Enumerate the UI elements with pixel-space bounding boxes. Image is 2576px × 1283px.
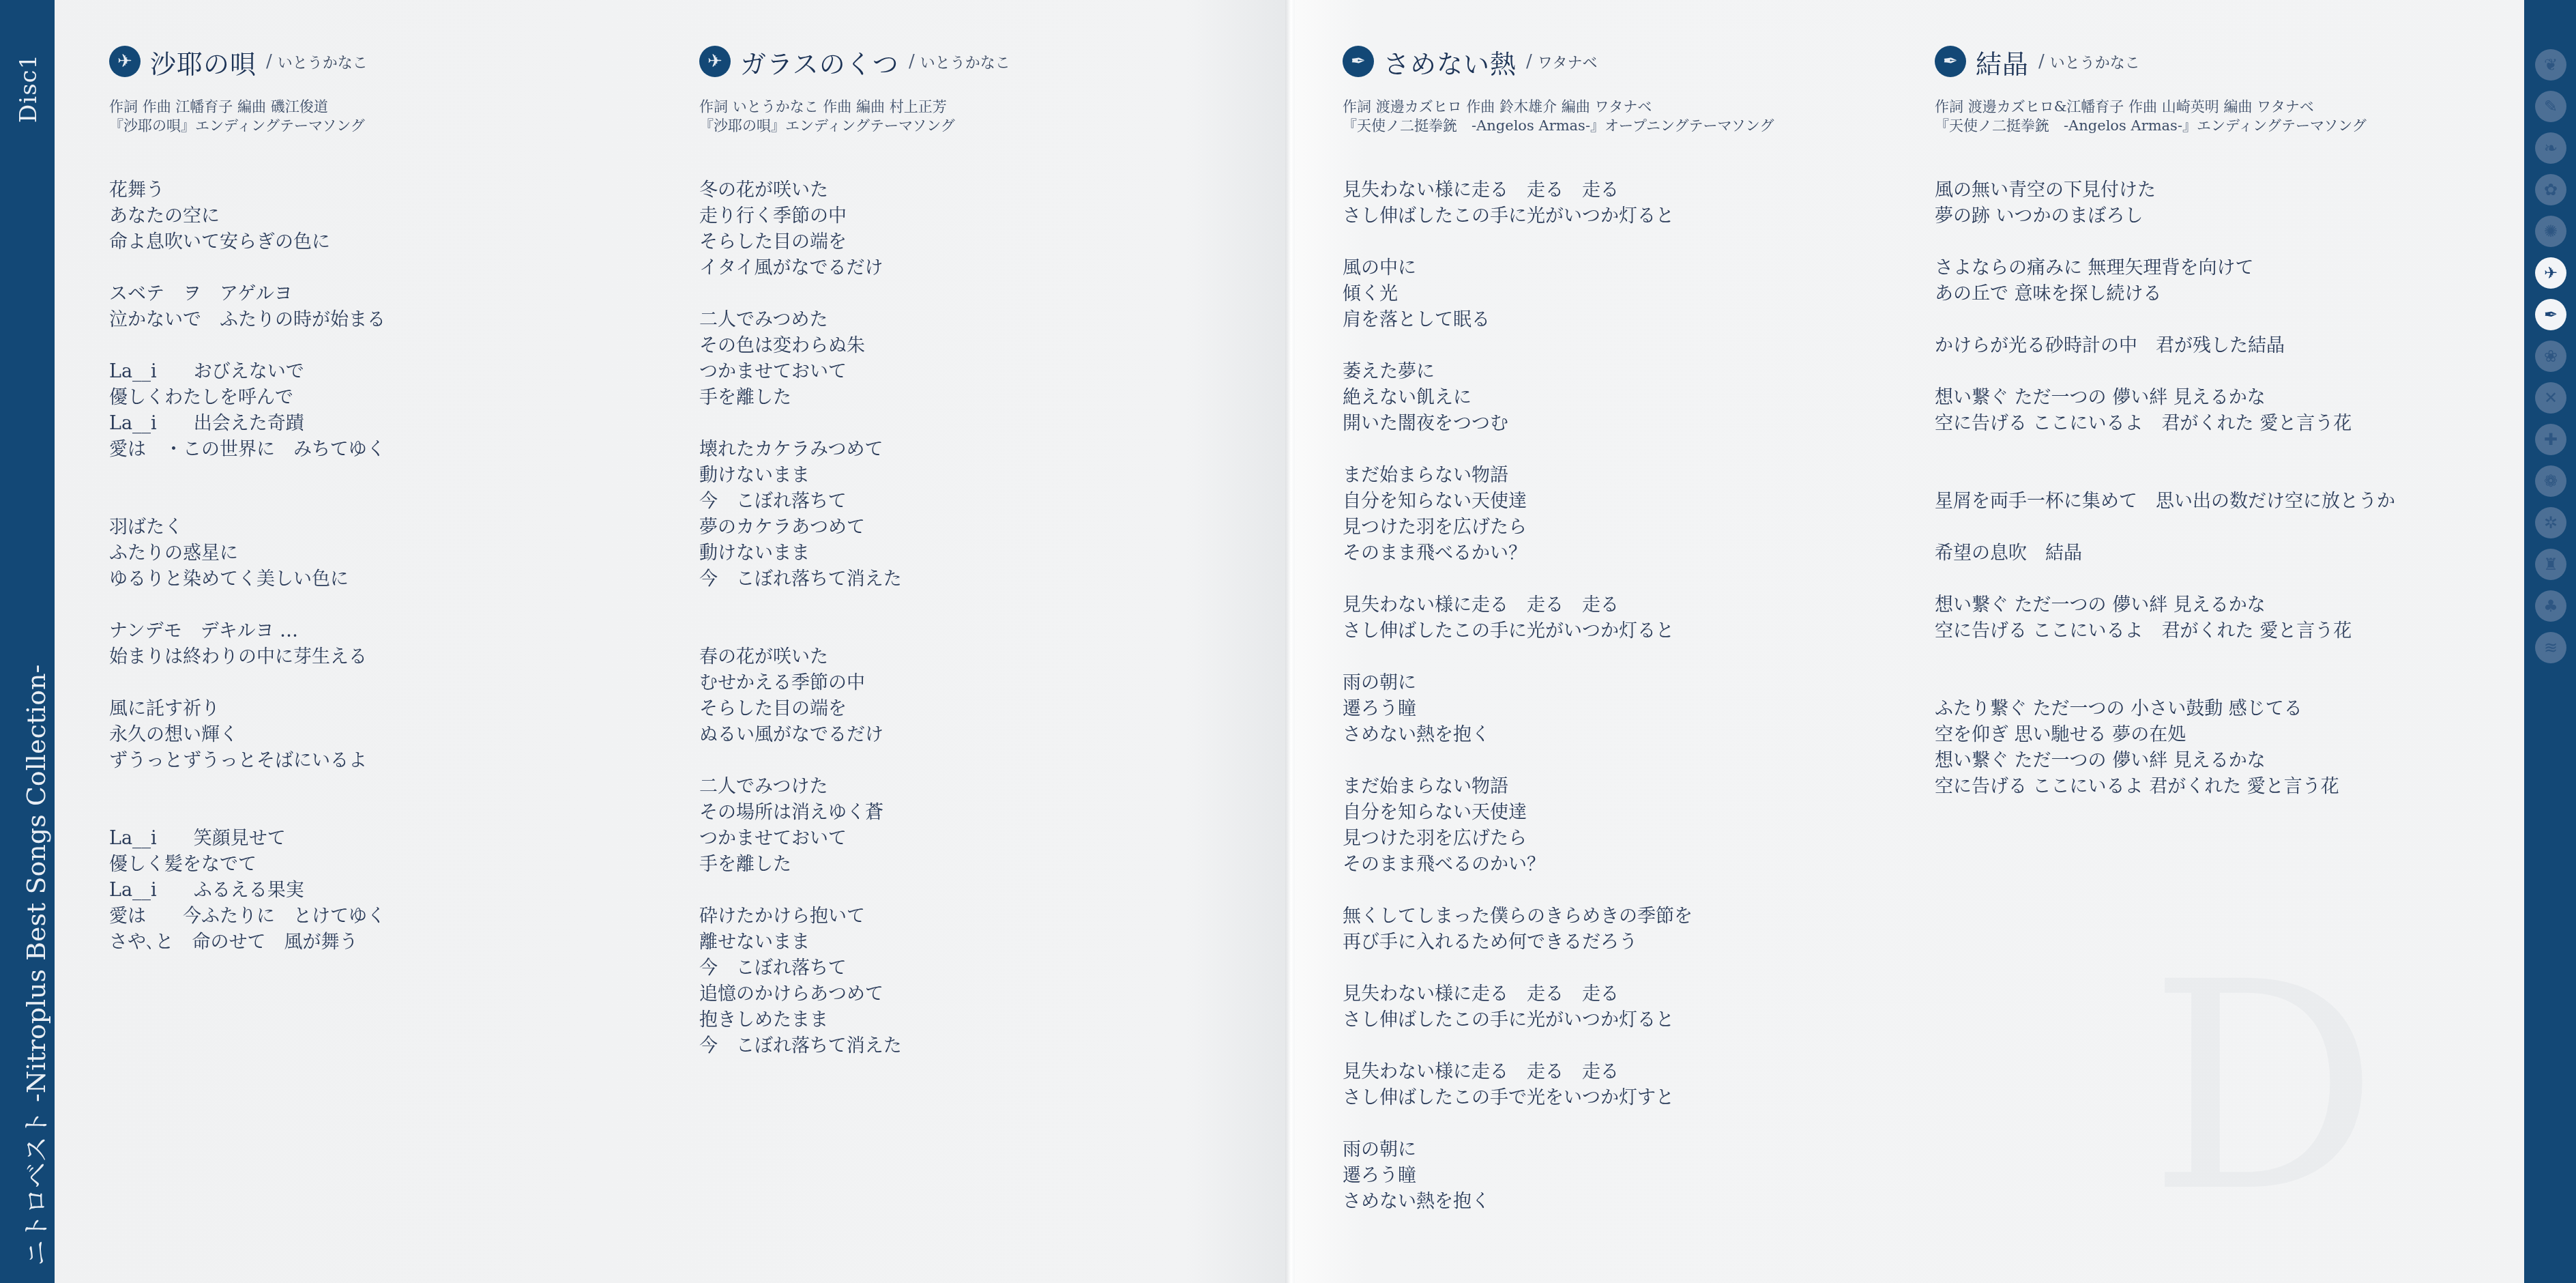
lyric-line: 羽ばたく bbox=[109, 515, 385, 540]
separator: / bbox=[266, 51, 272, 72]
brush-icon: ✎ bbox=[2535, 91, 2566, 122]
lyric-line: ふたりの惑星に bbox=[109, 540, 385, 566]
lyric-line: 希望の息吹 結晶 bbox=[1935, 540, 2395, 566]
track-index-spine: ❦✎❧✿✺✈✒❀✕✚❁✲♜♣≋ bbox=[2524, 0, 2576, 1283]
lyric-line: 萎えた夢に bbox=[1343, 359, 1774, 385]
booklet-fold bbox=[1285, 0, 1295, 1283]
credit-line: 『天使ノ二挺拳銃 -Angelos Armas-』オープニングテーマソング bbox=[1343, 116, 1774, 135]
stanza: 見失わない様に走る 走る 走るさし伸ばしたこの手に光がいつか灯ると bbox=[1343, 981, 1774, 1033]
lyric-line: そらした目の端を bbox=[699, 696, 1010, 722]
song-credits: 作詞 いとうかなこ 作曲 編曲 村上正芳『沙耶の唄』エンディングテーマソング bbox=[699, 97, 1010, 135]
stanza: 風の無い青空の下見付けた夢の跡 いつかのまぼろし bbox=[1935, 177, 2395, 229]
lyric-line: 今 こぼれ落ちて bbox=[699, 955, 1010, 981]
wave-icon: ≋ bbox=[2535, 632, 2566, 663]
song-title: さめない熱 bbox=[1384, 43, 1517, 81]
stanza: まだ始まらない物語自分を知らない天使達見つけた羽を広げたらそのまま飛べるのかい？ bbox=[1343, 774, 1774, 878]
stanza: 見失わない様に走る 走る 走るさし伸ばしたこの手に光がいつか灯ると bbox=[1343, 592, 1774, 644]
song-header: ✒さめない熱/ワタナベ bbox=[1343, 41, 1774, 82]
lyric-line: さし伸ばしたこの手に光がいつか灯ると bbox=[1343, 618, 1774, 644]
credit-line: 『沙耶の唄』エンディングテーマソング bbox=[699, 116, 1010, 135]
lyric-line: 風に託す祈り bbox=[109, 696, 385, 722]
lyric-line: ナンデモ デキルヨ … bbox=[109, 618, 385, 644]
lizard-icon: ✈ bbox=[2535, 257, 2566, 289]
credit-line: 作詞 いとうかなこ 作曲 編曲 村上正芳 bbox=[699, 97, 1010, 116]
lyric-line: つかませておいて bbox=[699, 359, 1010, 385]
lyric-line: 今 こぼれ落ちて消えた bbox=[699, 566, 1010, 592]
lyric-line: 壊れたカケラみつめて bbox=[699, 437, 1010, 463]
lyric-line: 開いた闇夜をつつむ bbox=[1343, 411, 1774, 437]
song-artist: いとうかなこ bbox=[278, 51, 368, 72]
gears-icon: ✲ bbox=[2535, 507, 2566, 538]
song-block: ✒さめない熱/ワタナベ作詞 渡邊カズヒロ 作曲 鈴木雄介 編曲 ワタナベ『天使ノ… bbox=[1343, 41, 1774, 1241]
stanza: 想い繋ぐ ただ一つの 儚い絆 見えるかな空に告げる ここにいるよ 君がくれた 愛… bbox=[1935, 592, 2395, 644]
lyric-line: La__i 笑顔見せて bbox=[109, 826, 385, 852]
stanza: La__i 笑顔見せて優しく髪をなでてLa__i ふるえる果実愛は 今ふたりに … bbox=[109, 826, 385, 955]
stanza: 花舞うあなたの空に命よ息吹いて安らぎの色に bbox=[109, 177, 385, 255]
figure-icon: ♜ bbox=[2535, 549, 2566, 580]
lyric-line: まだ始まらない物語 bbox=[1343, 774, 1774, 800]
stanza: 萎えた夢に絶えない飢えに開いた闇夜をつつむ bbox=[1343, 359, 1774, 437]
left-spine: Disc1 ニトロベスト -Nitroplus Best Songs Colle… bbox=[0, 0, 55, 1283]
stanza: さよならの痛みに 無理矢理背を向けてあの丘で 意味を探し続ける bbox=[1935, 255, 2395, 307]
stanza: 二人でみつけたその場所は消えゆく蒼つかませておいて手を離した bbox=[699, 774, 1010, 878]
stanza: 春の花が咲いたむせかえる季節の中そらした目の端をぬるい風がなでるだけ bbox=[699, 644, 1010, 748]
lyric-line: その色は変わらぬ朱 bbox=[699, 333, 1010, 359]
lyric-line: 冬の花が咲いた bbox=[699, 177, 1010, 203]
lyric-line: あの丘で 意味を探し続ける bbox=[1935, 281, 2395, 307]
lyric-line: 空を仰ぎ 思い馳せる 夢の在処 bbox=[1935, 722, 2395, 748]
separator: / bbox=[1526, 51, 1532, 72]
stanza: 雨の朝に遷ろう瞳さめない熱を抱く bbox=[1343, 1137, 1774, 1215]
lyric-line: 絶えない飢えに bbox=[1343, 385, 1774, 411]
lyric-line: 肩を落として眠る bbox=[1343, 307, 1774, 333]
lyric-line: さめない熱を抱く bbox=[1343, 1189, 1774, 1215]
lyrics: 冬の花が咲いた走り行く季節の中そらした目の端をイタイ風がなでるだけ二人でみつめた… bbox=[699, 177, 1010, 1059]
song-title: 沙耶の唄 bbox=[150, 43, 257, 81]
song-title: ガラスのくつ bbox=[740, 43, 899, 81]
lyric-line: 空に告げる ここにいるよ 君がくれた 愛と言う花 bbox=[1935, 774, 2395, 800]
lyric-line: そらした目の端を bbox=[699, 229, 1010, 255]
lyric-line: 自分を知らない天使達 bbox=[1343, 800, 1774, 826]
lizard-icon: ✈ bbox=[699, 46, 731, 77]
lyric-line: つかませておいて bbox=[699, 826, 1010, 852]
lyric-line: まだ始まらない物語 bbox=[1343, 463, 1774, 489]
lyrics: 風の無い青空の下見付けた夢の跡 いつかのまぼろしさよならの痛みに 無理矢理背を向… bbox=[1935, 177, 2395, 800]
stanza: 砕けたかけら抱いて離せないまま今 こぼれ落ちて追憶のかけらあつめて抱きしめたまま… bbox=[699, 904, 1010, 1059]
song-block: ✒結晶/いとうかなこ作詞 渡邊カズヒロ&江幡育子 作曲 山崎英明 編曲 ワタナベ… bbox=[1935, 41, 2395, 826]
stanza: La__i おびえないで優しくわたしを呼んでLa__i 出会えた奇蹟愛は ・この… bbox=[109, 359, 385, 463]
separator: / bbox=[909, 51, 915, 72]
lyric-line: 優しく髪をなでて bbox=[109, 852, 385, 878]
lyric-line: ずうっとずうっとそばにいるよ bbox=[109, 748, 385, 774]
song-header: ✈ガラスのくつ/いとうかなこ bbox=[699, 41, 1010, 82]
lyric-line: 再び手に入れるため何できるだろう bbox=[1343, 929, 1774, 955]
credit-line: 『天使ノ二挺拳銃 -Angelos Armas-』エンディングテーマソング bbox=[1935, 116, 2395, 135]
lyric-line: 想い繋ぐ ただ一つの 儚い絆 見えるかな bbox=[1935, 592, 2395, 618]
lyric-line: 無くしてしまった僕らのきらめきの季節を bbox=[1343, 904, 1774, 929]
cluster-icon: ✿ bbox=[2535, 174, 2566, 205]
lyric-line: 遷ろう瞳 bbox=[1343, 1163, 1774, 1189]
lyric-line: むせかえる季節の中 bbox=[699, 670, 1010, 696]
stanza: 星屑を両手一杯に集めて 思い出の数だけ空に放とうか bbox=[1935, 489, 2395, 515]
lyric-line: さや､と 命のせて 風が舞う bbox=[109, 929, 385, 955]
stanza: 風に託す祈り永久の想い輝くずうっとずうっとそばにいるよ bbox=[109, 696, 385, 774]
stanza: 無くしてしまった僕らのきらめきの季節を再び手に入れるため何できるだろう bbox=[1343, 904, 1774, 955]
splash-icon: ✺ bbox=[2535, 216, 2566, 247]
credit-line: 作詞 渡邊カズヒロ 作曲 鈴木雄介 編曲 ワタナベ bbox=[1343, 97, 1774, 116]
stanza: まだ始まらない物語自分を知らない天使達見つけた羽を広げたらそのまま飛べるかい？ bbox=[1343, 463, 1774, 566]
quill-icon: ✒ bbox=[1935, 46, 1966, 77]
stanza: かけらが光る砂時計の中 君が残した結晶 bbox=[1935, 333, 2395, 359]
lyric-line: さし伸ばしたこの手に光がいつか灯ると bbox=[1343, 1007, 1774, 1033]
lyric-line: 愛は 今ふたりに とけてゆく bbox=[109, 904, 385, 929]
lyric-line: そのまま飛べるのかい？ bbox=[1343, 852, 1774, 878]
lyric-line: ふたり繋ぐ ただ一つの 小さい鼓動 感じてる bbox=[1935, 696, 2395, 722]
song-artist: いとうかなこ bbox=[920, 51, 1010, 72]
lyrics: 見失わない様に走る 走る 走るさし伸ばしたこの手に光がいつか灯ると風の中に傾く光… bbox=[1343, 177, 1774, 1215]
song-header: ✒結晶/いとうかなこ bbox=[1935, 41, 2395, 82]
lyric-line: さし伸ばしたこの手に光がいつか灯ると bbox=[1343, 203, 1774, 229]
cross-x-icon: ✕ bbox=[2535, 382, 2566, 414]
lyric-line: La__i ふるえる果実 bbox=[109, 878, 385, 904]
lyric-line: 泣かないで ふたりの時が始まる bbox=[109, 307, 385, 333]
lyric-line: 今 こぼれ落ちて bbox=[699, 489, 1010, 515]
song-artist: ワタナベ bbox=[1538, 51, 1598, 72]
song-header: ✈沙耶の唄/いとうかなこ bbox=[109, 41, 385, 82]
lyric-line: 離せないまま bbox=[699, 929, 1010, 955]
credit-line: 『沙耶の唄』エンディングテーマソング bbox=[109, 116, 385, 135]
lizard-icon: ✈ bbox=[109, 46, 141, 77]
song-credits: 作詞 渡邊カズヒロ&江幡育子 作曲 山崎英明 編曲 ワタナベ『天使ノ二挺拳銃 -… bbox=[1935, 97, 2395, 135]
lyric-line: 春の花が咲いた bbox=[699, 644, 1010, 670]
lyrics: 花舞うあなたの空に命よ息吹いて安らぎの色にスベテ ヲ アゲルヨ泣かないで ふたり… bbox=[109, 177, 385, 955]
lyric-line: 始まりは終わりの中に芽生える bbox=[109, 644, 385, 670]
lyric-line: 雨の朝に bbox=[1343, 670, 1774, 696]
lyric-line: 永久の想い輝く bbox=[109, 722, 385, 748]
separator: / bbox=[2038, 51, 2045, 72]
quill-icon: ✒ bbox=[2535, 299, 2566, 330]
lyric-line: そのまま飛べるかい？ bbox=[1343, 540, 1774, 566]
lyric-line: 見失わない様に走る 走る 走る bbox=[1343, 177, 1774, 203]
lyric-line: 見失わない様に走る 走る 走る bbox=[1343, 592, 1774, 618]
feather-icon: ❦ bbox=[2535, 49, 2566, 81]
song-block: ✈ガラスのくつ/いとうかなこ作詞 いとうかなこ 作曲 編曲 村上正芳『沙耶の唄』… bbox=[699, 41, 1010, 1085]
lyric-line: 追憶のかけらあつめて bbox=[699, 981, 1010, 1007]
lyric-line: 走り行く季節の中 bbox=[699, 203, 1010, 229]
quill-icon: ✒ bbox=[1343, 46, 1374, 77]
lyric-line: 今 こぼれ落ちて消えた bbox=[699, 1033, 1010, 1059]
stanza: 風の中に傾く光肩を落として眠る bbox=[1343, 255, 1774, 333]
lyric-line: 二人でみつめた bbox=[699, 307, 1010, 333]
lyric-line: La__i おびえないで bbox=[109, 359, 385, 385]
lyric-line: 傾く光 bbox=[1343, 281, 1774, 307]
lyric-line: 想い繋ぐ ただ一つの 儚い絆 見えるかな bbox=[1935, 748, 2395, 774]
lyric-line: 見失わない様に走る 走る 走る bbox=[1343, 1059, 1774, 1085]
lyric-line: 自分を知らない天使達 bbox=[1343, 489, 1774, 515]
lyric-line: 二人でみつけた bbox=[699, 774, 1010, 800]
flower-icon: ❁ bbox=[2535, 465, 2566, 497]
lyric-line: イタイ風がなでるだけ bbox=[699, 255, 1010, 281]
lyric-line: 動けないまま bbox=[699, 540, 1010, 566]
stanza: 雨の朝に遷ろう瞳さめない熱を抱く bbox=[1343, 670, 1774, 748]
lyric-line: 雨の朝に bbox=[1343, 1137, 1774, 1163]
lyric-line: 優しくわたしを呼んで bbox=[109, 385, 385, 411]
lyric-line: 風の中に bbox=[1343, 255, 1774, 281]
song-artist: いとうかなこ bbox=[2050, 51, 2140, 72]
lyric-line: かけらが光る砂時計の中 君が残した結晶 bbox=[1935, 333, 2395, 359]
lyric-line: 命よ息吹いて安らぎの色に bbox=[109, 229, 385, 255]
lyric-line: さめない熱を抱く bbox=[1343, 722, 1774, 748]
stanza: 見失わない様に走る 走る 走るさし伸ばしたこの手に光がいつか灯ると bbox=[1343, 177, 1774, 229]
collection-title: ニトロベスト -Nitroplus Best Songs Collection- bbox=[0, 614, 55, 1269]
tree-icon: ♣ bbox=[2535, 590, 2566, 622]
lyric-line: 花舞う bbox=[109, 177, 385, 203]
song-block: ✈沙耶の唄/いとうかなこ作詞 作曲 江幡育子 編曲 磯江俊道『沙耶の唄』エンディ… bbox=[109, 41, 385, 981]
lyric-line: さよならの痛みに 無理矢理背を向けて bbox=[1935, 255, 2395, 281]
lyric-line: あなたの空に bbox=[109, 203, 385, 229]
lyric-line: スベテ ヲ アゲルヨ bbox=[109, 281, 385, 307]
lyric-line: 想い繋ぐ ただ一つの 儚い絆 見えるかな bbox=[1935, 385, 2395, 411]
disc-label: Disc1 bbox=[0, 27, 55, 130]
credit-line: 作詞 渡邊カズヒロ&江幡育子 作曲 山崎英明 編曲 ワタナベ bbox=[1935, 97, 2395, 116]
lyric-line: 遷ろう瞳 bbox=[1343, 696, 1774, 722]
song-credits: 作詞 渡邊カズヒロ 作曲 鈴木雄介 編曲 ワタナベ『天使ノ二挺拳銃 -Angel… bbox=[1343, 97, 1774, 135]
swirl-icon: ❧ bbox=[2535, 132, 2566, 164]
lyric-line: La__i 出会えた奇蹟 bbox=[109, 411, 385, 437]
plus-icon: ✚ bbox=[2535, 424, 2566, 455]
stanza: 想い繋ぐ ただ一つの 儚い絆 見えるかな空に告げる ここにいるよ 君がくれた 愛… bbox=[1935, 385, 2395, 437]
stanza: 冬の花が咲いた走り行く季節の中そらした目の端をイタイ風がなでるだけ bbox=[699, 177, 1010, 281]
song-title: 結晶 bbox=[1976, 43, 2029, 81]
lyric-line: 空に告げる ここにいるよ 君がくれた 愛と言う花 bbox=[1935, 618, 2395, 644]
disc-watermark: D bbox=[2149, 921, 2379, 1255]
swirl2-icon: ❀ bbox=[2535, 341, 2566, 372]
lyric-line: さし伸ばしたこの手で光をいつか灯すと bbox=[1343, 1085, 1774, 1111]
lyric-line: 手を離した bbox=[699, 852, 1010, 878]
stanza: 見失わない様に走る 走る 走るさし伸ばしたこの手で光をいつか灯すと bbox=[1343, 1059, 1774, 1111]
lyric-line: 抱きしめたまま bbox=[699, 1007, 1010, 1033]
lyric-line: 砕けたかけら抱いて bbox=[699, 904, 1010, 929]
credit-line: 作詞 作曲 江幡育子 編曲 磯江俊道 bbox=[109, 97, 385, 116]
lyric-line: ゆるりと染めてく美しい色に bbox=[109, 566, 385, 592]
lyric-line: 空に告げる ここにいるよ 君がくれた 愛と言う花 bbox=[1935, 411, 2395, 437]
stanza: 希望の息吹 結晶 bbox=[1935, 540, 2395, 566]
lyric-line: 見失わない様に走る 走る 走る bbox=[1343, 981, 1774, 1007]
stanza: 羽ばたくふたりの惑星にゆるりと染めてく美しい色に bbox=[109, 515, 385, 592]
lyric-line: 見つけた羽を広げたら bbox=[1343, 515, 1774, 540]
stanza: 壊れたカケラみつめて動けないまま今 こぼれ落ちて夢のカケラあつめて動けないまま今… bbox=[699, 437, 1010, 592]
stanza: ふたり繋ぐ ただ一つの 小さい鼓動 感じてる空を仰ぎ 思い馳せる 夢の在処想い繋… bbox=[1935, 696, 2395, 800]
song-credits: 作詞 作曲 江幡育子 編曲 磯江俊道『沙耶の唄』エンディングテーマソング bbox=[109, 97, 385, 135]
lyric-line: 星屑を両手一杯に集めて 思い出の数だけ空に放とうか bbox=[1935, 489, 2395, 515]
lyric-line: 風の無い青空の下見付けた bbox=[1935, 177, 2395, 203]
lyric-line: 夢のカケラあつめて bbox=[699, 515, 1010, 540]
lyric-line: 夢の跡 いつかのまぼろし bbox=[1935, 203, 2395, 229]
lyric-line: ぬるい風がなでるだけ bbox=[699, 722, 1010, 748]
lyric-line: その場所は消えゆく蒼 bbox=[699, 800, 1010, 826]
stanza: 二人でみつめたその色は変わらぬ朱つかませておいて手を離した bbox=[699, 307, 1010, 411]
stanza: ナンデモ デキルヨ …始まりは終わりの中に芽生える bbox=[109, 618, 385, 670]
lyric-line: 手を離した bbox=[699, 385, 1010, 411]
lyric-line: 見つけた羽を広げたら bbox=[1343, 826, 1774, 852]
lyric-line: 動けないまま bbox=[699, 463, 1010, 489]
stanza: スベテ ヲ アゲルヨ泣かないで ふたりの時が始まる bbox=[109, 281, 385, 333]
lyric-line: 愛は ・この世界に みちてゆく bbox=[109, 437, 385, 463]
